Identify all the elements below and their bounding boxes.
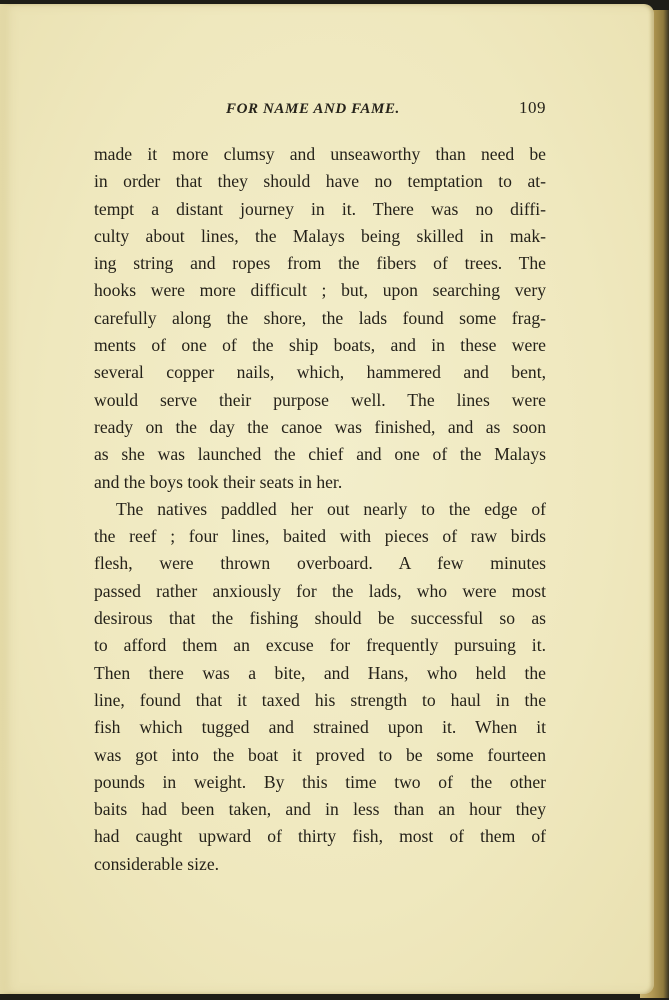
- text-line: line, found that it taxed his strength t…: [94, 687, 546, 714]
- page-number: 109: [519, 98, 546, 118]
- page-gutter-shadow: [0, 4, 10, 994]
- text-line: flesh, were thrown overboard. A few minu…: [94, 550, 546, 577]
- text-line: ready on the day the canoe was finished,…: [94, 414, 546, 441]
- text-line: baits had been taken, and in less than a…: [94, 796, 546, 823]
- text-line: in order that they should have no tempta…: [94, 168, 546, 195]
- text-line: tempt a distant journey in it. There was…: [94, 196, 546, 223]
- body-text: made it more clumsy and unseaworthy than…: [94, 141, 546, 878]
- running-title: FOR NAME AND FAME.: [226, 101, 400, 118]
- text-line: Then there was a bite, and Hans, who hel…: [94, 660, 546, 687]
- book-page: FOR NAME AND FAME. 109 made it more clum…: [0, 4, 654, 994]
- text-line: fish which tugged and strained upon it. …: [94, 714, 546, 741]
- text-line: ments of one of the ship boats, and in t…: [94, 332, 546, 359]
- text-line: had caught upward of thirty fish, most o…: [94, 823, 546, 850]
- text-line: and the boys took their seats in her.: [94, 469, 546, 496]
- text-line: ing string and ropes from the fibers of …: [94, 250, 546, 277]
- text-line: carefully along the shore, the lads foun…: [94, 305, 546, 332]
- text-line: made it more clumsy and unseaworthy than…: [94, 141, 546, 168]
- running-header: FOR NAME AND FAME. 109: [226, 98, 546, 122]
- text-line: considerable size.: [94, 851, 546, 878]
- text-line: would serve their purpose well. The line…: [94, 387, 546, 414]
- text-line: pounds in weight. By this time two of th…: [94, 769, 546, 796]
- text-line: passed rather anxiously for the lads, wh…: [94, 578, 546, 605]
- text-line: The natives paddled her out nearly to th…: [94, 496, 546, 523]
- text-line: hooks were more difficult ; but, upon se…: [94, 277, 546, 304]
- text-line: culty about lines, the Malays being skil…: [94, 223, 546, 250]
- text-line: as she was launched the chief and one of…: [94, 441, 546, 468]
- text-line: was got into the boat it proved to be so…: [94, 742, 546, 769]
- text-line: desirous that the fishing should be succ…: [94, 605, 546, 632]
- text-line: several copper nails, which, hammered an…: [94, 359, 546, 386]
- text-line: to afford them an excuse for frequently …: [94, 632, 546, 659]
- text-line: the reef ; four lines, baited with piece…: [94, 523, 546, 550]
